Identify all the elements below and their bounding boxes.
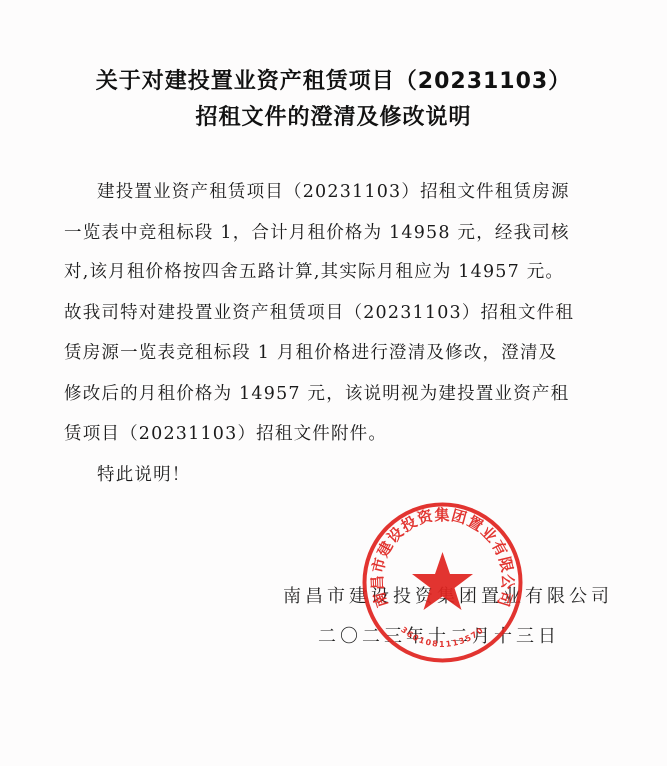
document-page: 关于对建投置业资产租赁项目（20231103） 招租文件的澄清及修改说明 建投置… [0,0,667,766]
body-line-2: 一览表中竞租标段 1，合计月租价格为 14958 元，经我司核 [64,219,609,244]
document-title-line-1: 关于对建投置业资产租赁项目（20231103） [0,64,667,95]
body-line-5: 赁房源一览表竞租标段 1 月租价格进行澄清及修改，澄清及 [64,339,609,364]
document-title-line-2: 招租文件的澄清及修改说明 [0,100,667,131]
body-line-4: 故我司特对建投置业资产租赁项目（20231103）招租文件租 [64,299,609,324]
closing-statement: 特此说明！ [97,461,642,486]
body-line-6: 修改后的月租价格为 14957 元，该说明视为建投置业资产租 [64,380,609,405]
signature-date: 二〇二三年十二月十三日 [318,622,560,648]
signature-company: 南昌市建设投资集团置业有限公司 [283,582,613,608]
body-line-1: 建投置业资产租赁项目（20231103）招租文件租赁房源 [97,178,642,203]
body-line-3: 对,该月租价格按四舍五路计算,其实际月租应为 14957 元。 [64,258,609,283]
body-line-7: 赁项目（20231103）招租文件附件。 [64,420,609,445]
